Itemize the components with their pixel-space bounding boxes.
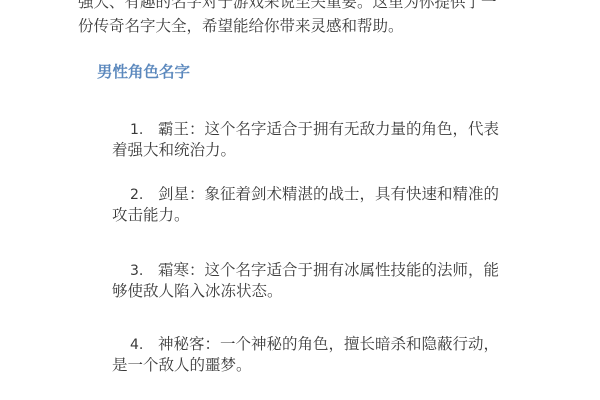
list-item-description: ：一个神秘的角色，擅长暗杀和隐蔽行动， xyxy=(205,335,500,353)
list-item-first-line: 1.霸王：这个名字适合于拥有无敌力量的角色，代表 xyxy=(130,118,499,141)
list-item-first-line: 4.神秘客：一个神秘的角色，擅长暗杀和隐蔽行动， xyxy=(130,333,499,356)
list-item-description-continued: 是一个敌人的噩梦。 xyxy=(112,354,252,376)
list-item-number: 1. xyxy=(130,119,158,141)
list-item-number: 3. xyxy=(130,260,158,282)
list-item-description: ：这个名字适合于拥有冰属性技能的法师，能 xyxy=(189,261,499,279)
list-item-first-line: 3.霜寒：这个名字适合于拥有冰属性技能的法师，能 xyxy=(130,259,499,282)
list-item-description-continued: 着强大和统治力。 xyxy=(112,139,236,161)
list-item-description: ：这个名字适合于拥有无敌力量的角色，代表 xyxy=(189,120,499,138)
list-item-name: 剑星 xyxy=(158,185,189,203)
list-item-description-continued: 攻击能力。 xyxy=(112,204,190,226)
list-item-name: 霸王 xyxy=(158,120,189,138)
intro-line-1: 强大、有趣的名字对于游戏来说至关重要。这里为你提供了一 xyxy=(78,0,508,14)
intro-line-2: 份传奇名字大全，希望能给你带来灵感和帮助。 xyxy=(78,14,508,38)
list-item-number: 4. xyxy=(130,334,158,356)
list-item-description: ：象征着剑术精湛的战士，具有快速和精准的 xyxy=(189,185,499,203)
list-item-first-line: 2.剑星：象征着剑术精湛的战士，具有快速和精准的 xyxy=(130,183,499,206)
section-heading: 男性角色名字 xyxy=(97,61,190,83)
list-item-name: 神秘客 xyxy=(158,335,205,353)
list-item-description-continued: 够使敌人陷入冰冻状态。 xyxy=(112,280,283,302)
intro-paragraph: 强大、有趣的名字对于游戏来说至关重要。这里为你提供了一 份传奇名字大全，希望能给… xyxy=(78,0,508,38)
list-item-number: 2. xyxy=(130,184,158,206)
list-item-name: 霜寒 xyxy=(158,261,189,279)
